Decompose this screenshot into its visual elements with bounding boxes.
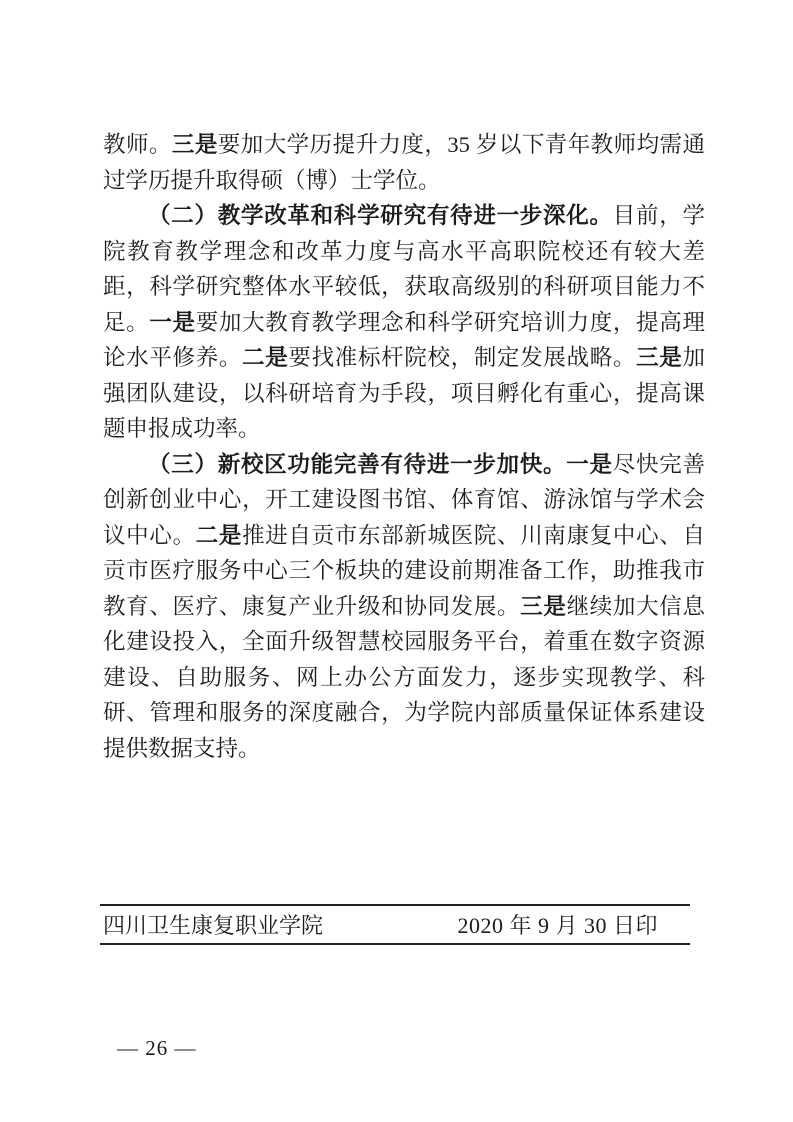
footer-organization: 四川卫生康复职业学院 (103, 909, 323, 940)
paragraph: （三）新校区功能完善有待进一步加快。一是尽快完善创新创业中心，开工建设图书馆、体… (103, 447, 705, 767)
text-segment: 教师。 (103, 132, 172, 157)
emphasis-text: （三）新校区功能完善有待进一步加快。 (148, 452, 566, 477)
paragraph: 教师。三是要加大学历提升力度，35 岁以下青年教师均需通过学历提升取得硕（博）士… (103, 127, 705, 198)
page-number: — 26 — (117, 1036, 197, 1061)
paragraph: （二）教学改革和科学研究有待进一步深化。目前，学院教育教学理念和改革力度与高水平… (103, 198, 705, 447)
emphasis-text: 三是 (520, 594, 566, 619)
document-page: 教师。三是要加大学历提升力度，35 岁以下青年教师均需通过学历提升取得硕（博）士… (0, 0, 793, 1122)
emphasis-text: 一是 (149, 310, 195, 335)
emphasis-text: 二是 (196, 523, 242, 548)
emphasis-text: 三是 (172, 132, 218, 157)
footer-print-date: 2020 年 9 月 30 日印 (457, 909, 658, 940)
body-text: 教师。三是要加大学历提升力度，35 岁以下青年教师均需通过学历提升取得硕（博）士… (103, 127, 705, 766)
emphasis-text: 二是 (242, 345, 288, 370)
text-segment: 要找准标杆院校，制定发展战略。 (288, 345, 636, 370)
footer-bar: 四川卫生康复职业学院 2020 年 9 月 30 日印 (100, 904, 690, 945)
emphasis-text: 三是 (636, 345, 682, 370)
emphasis-text: 一是 (566, 452, 612, 477)
emphasis-text: （二）教学改革和科学研究有待进一步深化。 (148, 203, 613, 228)
